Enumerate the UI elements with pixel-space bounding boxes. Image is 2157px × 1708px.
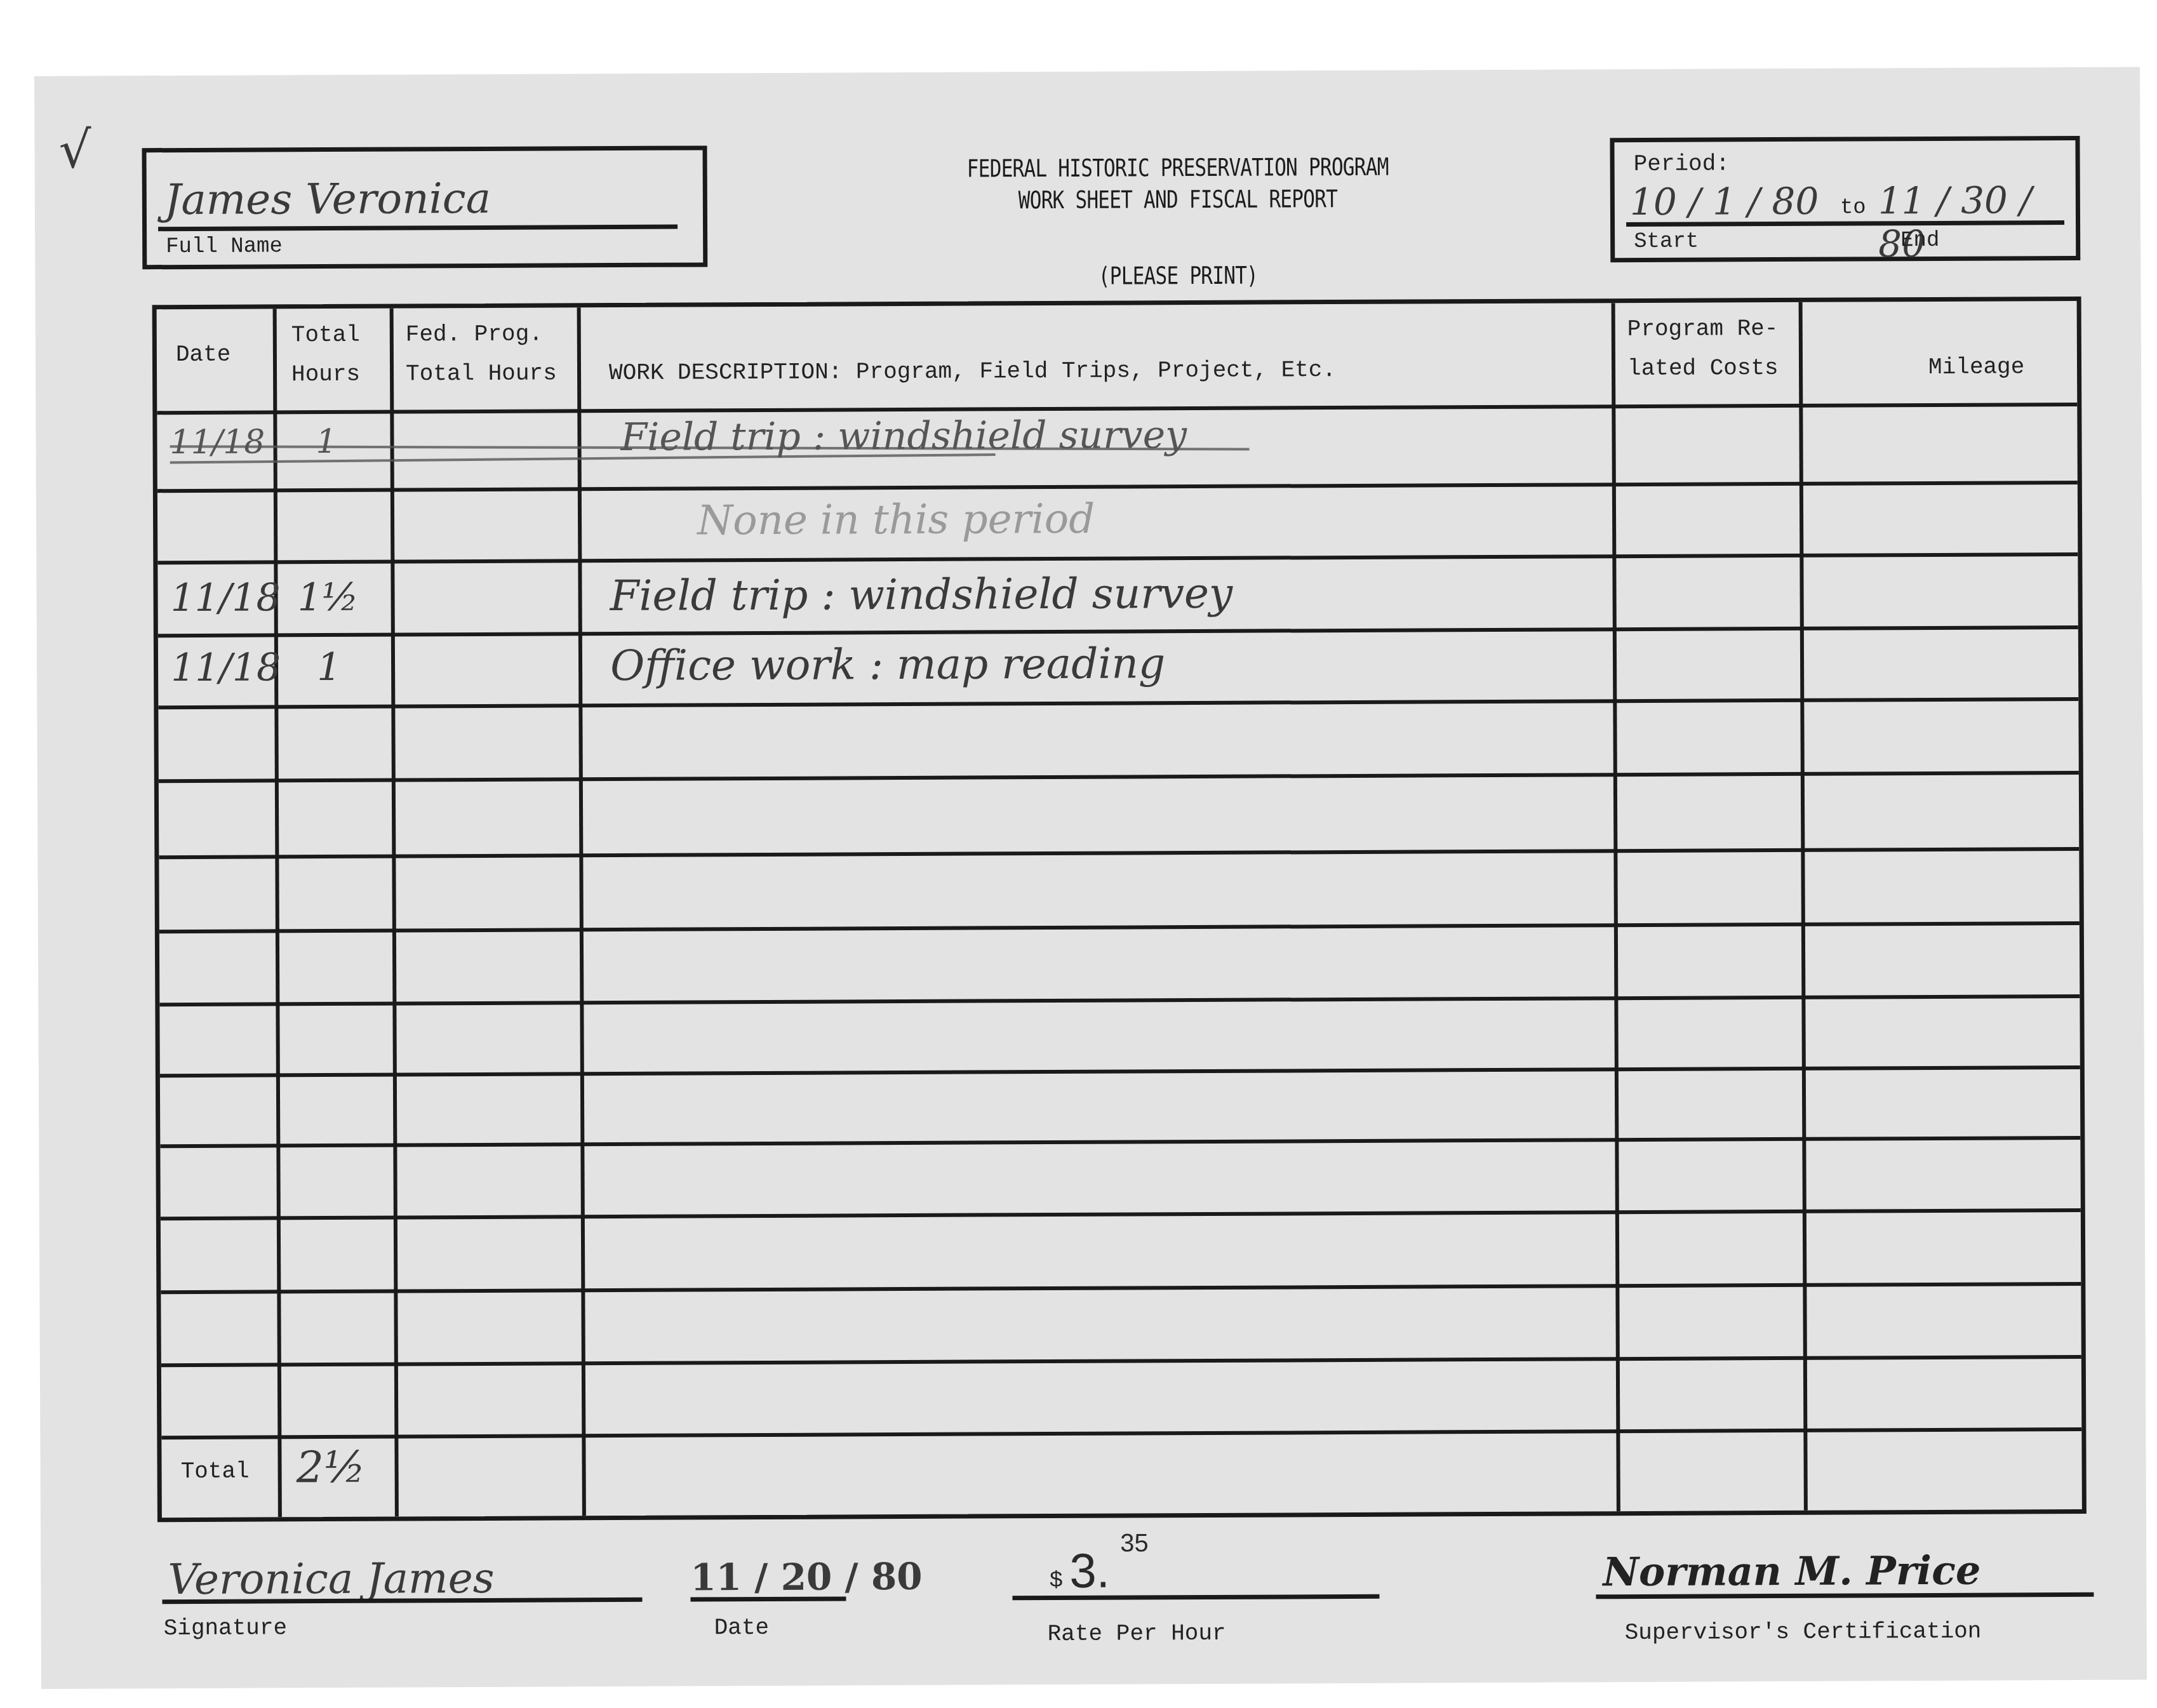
row-divider: [159, 771, 2079, 783]
row-3-total-hours[interactable]: 1: [317, 645, 341, 690]
supervisor-signature[interactable]: Norman M. Price: [1603, 1547, 1980, 1596]
header-fed-prog-2: Total Hours: [406, 353, 557, 394]
rate-value[interactable]: 3.: [1069, 1544, 1110, 1599]
header-mileage: Mileage: [1928, 347, 2025, 388]
total-hours-value[interactable]: 2½: [296, 1443, 366, 1493]
period-start-label: Start: [1634, 230, 1699, 254]
signature-value[interactable]: Veronica James: [168, 1554, 495, 1604]
rate-cents[interactable]: 35: [1120, 1529, 1149, 1558]
work-table: Date Total Hours Fed. Prog. Total Hours …: [152, 297, 2087, 1522]
row-0-total-hours[interactable]: 1: [316, 423, 337, 461]
row-0-description[interactable]: Field trip : windshield survey: [620, 413, 1187, 460]
full-name-underline: [158, 225, 678, 232]
row-divider: [158, 697, 2078, 709]
date-line: [690, 1596, 846, 1601]
row-divider: [157, 481, 2078, 493]
row-divider: [159, 921, 2080, 933]
row-3-description[interactable]: Office work : map reading: [610, 639, 1166, 690]
row-divider: [161, 1208, 2081, 1220]
supervisor-label: Supervisor's Certification: [1625, 1618, 1982, 1646]
header-total-hours-2: Hours: [291, 354, 360, 395]
row-2-date[interactable]: 11/18: [170, 575, 280, 620]
row-divider: [158, 625, 2078, 637]
header-program-costs-2: lated Costs: [1627, 348, 1779, 389]
date-value[interactable]: 11 / 20 / 80: [690, 1555, 923, 1599]
row-divider: [159, 994, 2080, 1006]
date-label: Date: [714, 1615, 770, 1641]
row-divider: [161, 1355, 2081, 1367]
header-program-costs-1: Program Re-: [1627, 309, 1779, 350]
row-divider: [160, 1136, 2080, 1148]
form-title: FEDERAL HISTORIC PRESERVATION PROGRAM: [892, 152, 1464, 183]
full-name-label: Full Name: [166, 234, 283, 259]
row-2-total-hours[interactable]: 1½: [297, 575, 359, 620]
form-subtitle: WORK SHEET AND FISCAL REPORT: [892, 184, 1464, 215]
period-label: Period:: [1634, 150, 1730, 177]
header-work-description: WORK DESCRIPTION: Program, Field Trips, …: [609, 350, 1336, 394]
period-separator: to: [1840, 196, 1866, 220]
rate-line: [1012, 1594, 1379, 1601]
row-1-note: None in this period: [697, 496, 1095, 545]
row-3-date[interactable]: 11/18: [171, 645, 281, 690]
row-2-description[interactable]: Field trip : windshield survey: [610, 569, 1232, 620]
full-name-value[interactable]: James Veronica: [164, 174, 491, 224]
header-total-hours-1: Total: [291, 315, 360, 356]
header-date: Date: [176, 335, 231, 375]
period-end-label: End: [1900, 229, 1939, 253]
total-label: Total: [181, 1458, 250, 1484]
full-name-box: James Veronica Full Name: [142, 145, 707, 269]
row-divider: [161, 1282, 2081, 1294]
row-divider: [157, 552, 2078, 564]
please-print-note: (PLEASE PRINT): [892, 260, 1464, 291]
total-row-divider: [161, 1427, 2081, 1439]
form-sheet: √ James Veronica Full Name FEDERAL HISTO…: [34, 67, 2147, 1689]
row-divider: [159, 847, 2079, 859]
rate-label: Rate Per Hour: [1048, 1620, 1226, 1647]
period-start-value[interactable]: 10 / 1 / 80: [1630, 180, 1819, 224]
row-0-date[interactable]: 11/18: [170, 423, 265, 462]
signature-label: Signature: [164, 1615, 288, 1641]
header-fed-prog-1: Fed. Prog.: [406, 314, 543, 356]
rate-currency: $: [1049, 1568, 1063, 1594]
row-divider: [160, 1065, 2080, 1078]
period-box: Period: 10 / 1 / 80 to 11 / 30 / 80 Star…: [1610, 136, 2080, 262]
check-mark-icon: √: [58, 121, 91, 180]
